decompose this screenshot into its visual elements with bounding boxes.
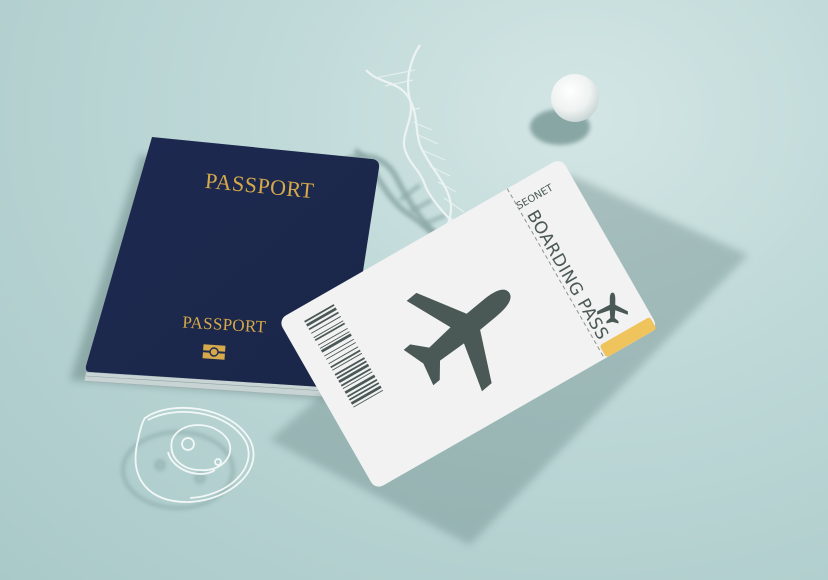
embryo-cell-outline: [136, 408, 254, 502]
scene: PASSPORT PASSPORT SEONET: [0, 0, 828, 580]
biometric-chip-icon: [203, 344, 226, 360]
sphere: [551, 74, 599, 122]
